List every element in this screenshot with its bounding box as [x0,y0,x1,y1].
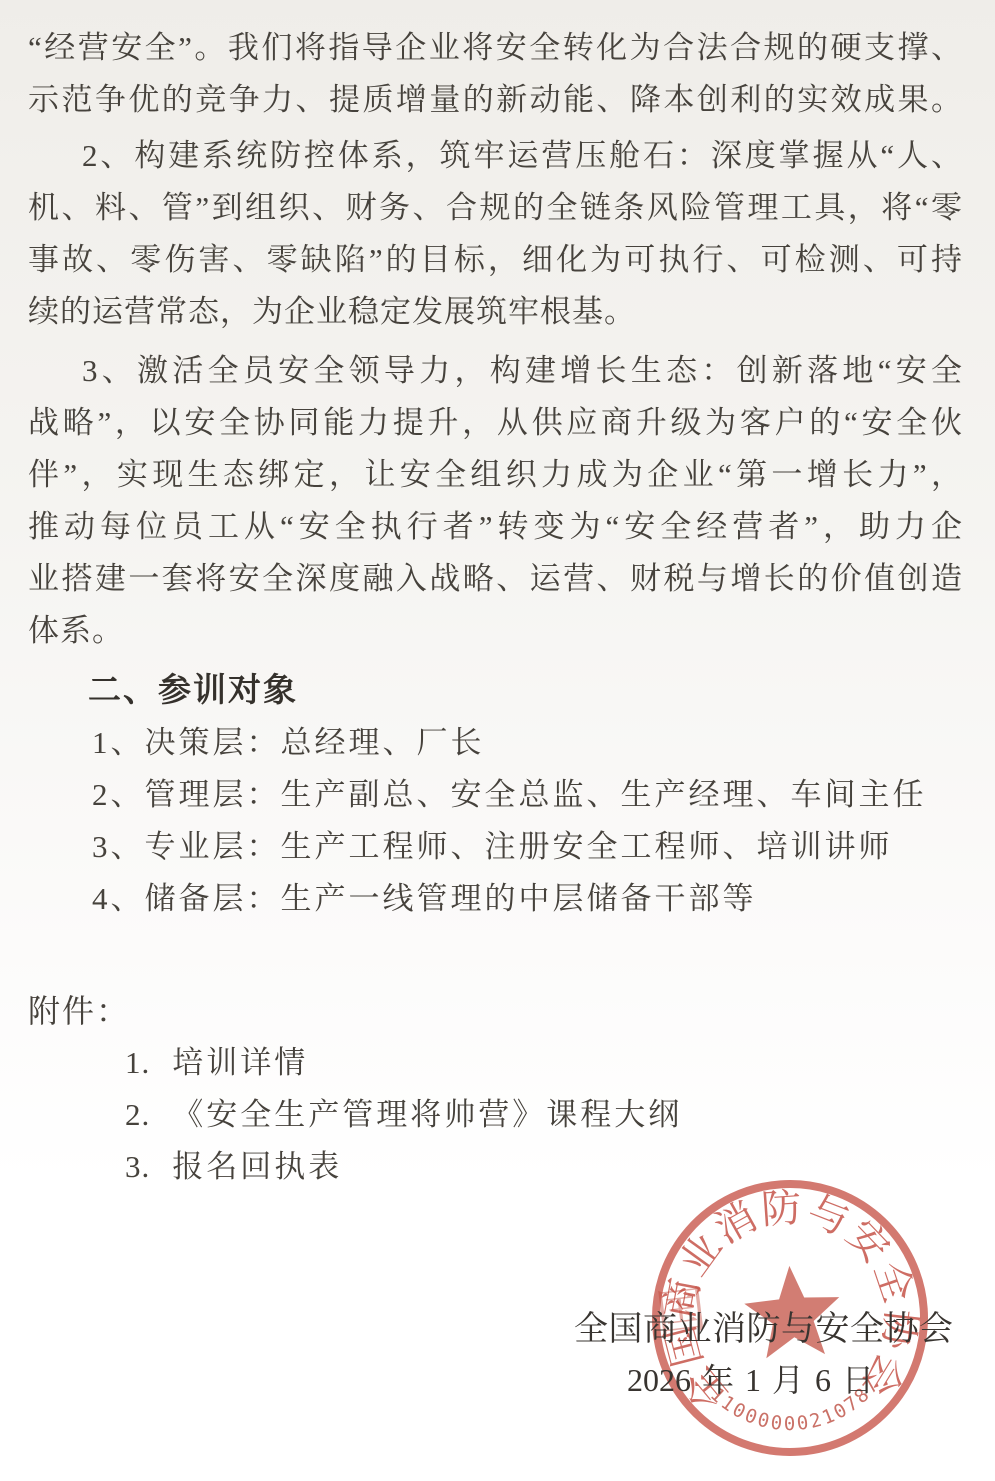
attachment-number: 1. [125,1037,150,1089]
attachment-number: 2. [125,1089,150,1141]
body-line: 续的运营常态，为企业稳定发展筑牢根基。 [28,286,963,338]
body-line: 2、构建系统防控体系，筑牢运营压舱石：深度掌握从“人、 [28,130,963,182]
signature-date: 2026 年 1 月 6 日 [627,1358,874,1402]
attachment-title: 《安全生产管理将帅营》课程大纲 [172,1097,682,1132]
paragraph-continuation: “经营安全”。我们将指导企业将安全转化为合法合规的硬支撑、 示范争优的竞争力、提… [28,22,963,126]
body-line: 伴”，实现生态绑定，让安全组织力成为企业“第一增长力”， [28,449,963,501]
list-item: 2、管理层：生产副总、安全总监、生产经理、车间主任 [28,769,963,821]
paragraph-2: 2、构建系统防控体系，筑牢运营压舱石：深度掌握从“人、 机、料、管”到组织、财务… [28,130,963,338]
body-line: 事故、零伤害、零缺陷”的目标，细化为可执行、可检测、可持 [28,234,963,286]
list-item: 1、决策层：总经理、厂长 [28,717,963,769]
document-body: “经营安全”。我们将指导企业将安全转化为合法合规的硬支撑、 示范争优的竞争力、提… [28,0,963,1193]
body-line: 战略”，以安全协同能力提升，从供应商升级为客户的“安全伙 [28,397,963,449]
body-line: 示范争优的竞争力、提质增量的新动能、降本创利的实效成果。 [28,74,963,126]
attachments-section: 附件： 1.培训详情 2.《安全生产管理将帅营》课程大纲 3.报名回执表 [28,985,963,1193]
paragraph-3: 3、激活全员安全领导力，构建增长生态：创新落地“安全 战略”，以安全协同能力提升… [28,345,963,657]
attachment-item: 3.报名回执表 [28,1141,963,1193]
section-heading: 二、参训对象 [28,665,963,717]
attachment-item: 1.培训详情 [28,1037,963,1089]
body-line: 机、料、管”到组织、财务、合规的全链条风险管理工具，将“零 [28,182,963,234]
list-item: 3、专业层：生产工程师、注册安全工程师、培训讲师 [28,821,963,873]
attachment-number: 3. [125,1141,150,1193]
attachment-item: 2.《安全生产管理将帅营》课程大纲 [28,1089,963,1141]
participant-list: 1、决策层：总经理、厂长 2、管理层：生产副总、安全总监、生产经理、车间主任 3… [28,717,963,925]
signature-organization: 全国商业消防与安全协会 [574,1308,954,1352]
attachment-title: 培训详情 [172,1045,308,1080]
body-line: 推动每位员工从“安全执行者”转变为“安全经营者”，助力企 [28,501,963,553]
attachments-label: 附件： [28,985,963,1037]
body-line: “经营安全”。我们将指导企业将安全转化为合法合规的硬支撑、 [28,22,963,74]
body-line: 业搭建一套将安全深度融入战略、运营、财税与增长的价值创造 [28,553,963,605]
body-line: 体系。 [28,605,963,657]
body-line: 3、激活全员安全领导力，构建增长生态：创新落地“安全 [28,345,963,397]
attachment-title: 报名回执表 [172,1149,342,1184]
scanned-document-page: “经营安全”。我们将指导企业将安全转化为合法合规的硬支撑、 示范争优的竞争力、提… [0,0,995,1481]
list-item: 4、储备层：生产一线管理的中层储备干部等 [28,873,963,925]
